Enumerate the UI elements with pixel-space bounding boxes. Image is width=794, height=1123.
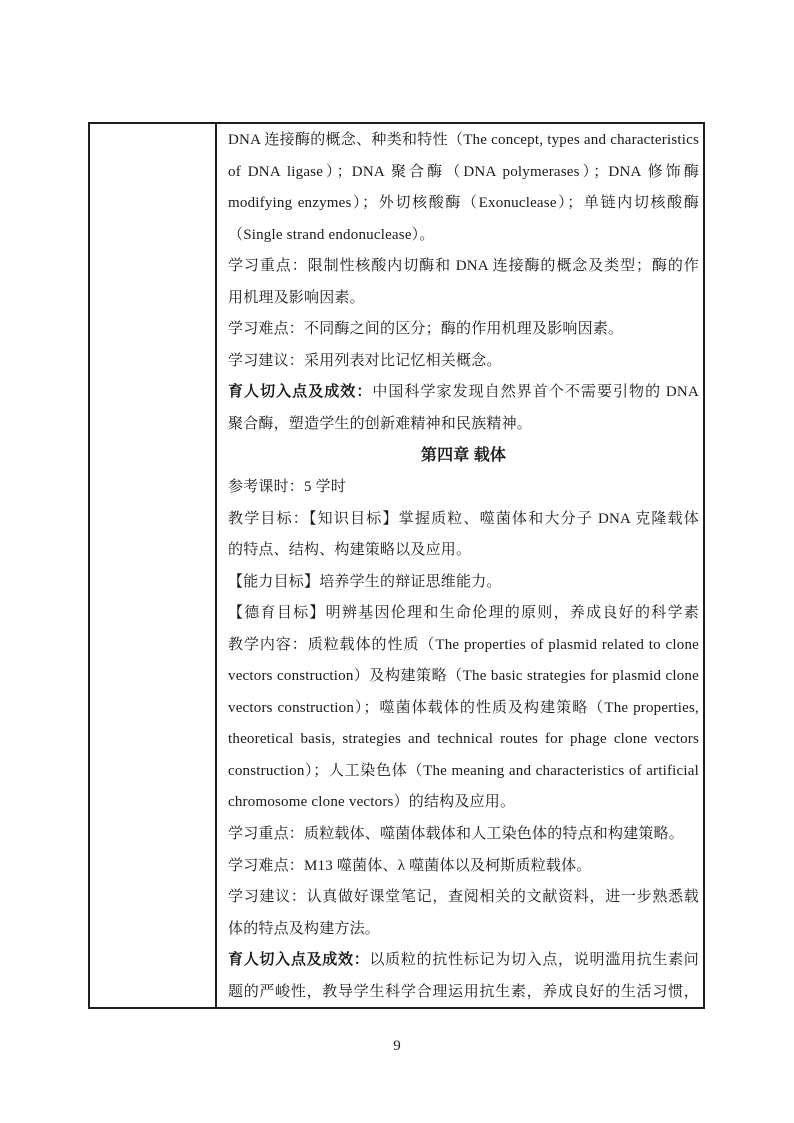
text-line: 聚合酶，塑造学生的创新难精神和民族精神。: [228, 409, 699, 441]
text-line: vectors construction）；噬菌体载体的性质及构建策略（The …: [228, 693, 699, 725]
text-line: 学习重点：限制性核酸内切酶和 DNA 连接酶的概念及类型；酶的作: [228, 251, 699, 283]
text-line: 参考课时：5 学时: [228, 472, 699, 504]
text-line: 学习难点：不同酶之间的区分；酶的作用机理及影响因素。: [228, 314, 699, 346]
text-line: 学习难点：M13 噬菌体、λ 噬菌体以及柯斯质粒载体。: [228, 851, 699, 883]
emphasis-label: 育人切入点及成效：: [228, 384, 372, 400]
text-line: 学习建议：采用列表对比记忆相关概念。: [228, 346, 699, 378]
text-line: vectors construction）及构建策略（The basic str…: [228, 661, 699, 693]
text-line: of DNA ligase）；DNA 聚合酶（DNA polymerases）；…: [228, 157, 699, 189]
text-line: 教学目标：【知识目标】掌握质粒、噬菌体和大分子 DNA 克隆载体: [228, 504, 699, 536]
table-left-cell: [90, 124, 217, 1007]
text-line: 学习建议：认真做好课堂笔记，查阅相关的文献资料，进一步熟悉载: [228, 882, 699, 914]
page-number: 9: [0, 1038, 794, 1055]
text-line: 题的严峻性，教导学生科学合理运用抗生素，养成良好的生活习惯，: [228, 977, 699, 1007]
text-line: 的特点、结构、构建策略以及应用。: [228, 535, 699, 567]
text-line: construction）；人工染色体（The meaning and char…: [228, 756, 699, 788]
text-line: theoretical basis, strategies and techni…: [228, 724, 699, 756]
text-line: 体的特点及构建方法。: [228, 914, 699, 946]
text-line: 【德育目标】明辨基因伦理和生命伦理的原则，养成良好的科学素养。: [228, 598, 699, 630]
text-line: 教学内容：质粒载体的性质（The properties of plasmid r…: [228, 630, 699, 662]
text-line: 学习重点：质粒载体、噬菌体载体和人工染色体的特点和构建策略。: [228, 819, 699, 851]
text-line: 用机理及影响因素。: [228, 283, 699, 315]
text-line: chromosome clone vectors）的结构及应用。: [228, 787, 699, 819]
course-syllabus-table: DNA 连接酶的概念、种类和特性（The concept, types and …: [88, 122, 705, 1009]
chapter-heading: 第四章 载体: [228, 440, 699, 472]
text-line: 【能力目标】培养学生的辩证思维能力。: [228, 567, 699, 599]
table-content-cell: DNA 连接酶的概念、种类和特性（The concept, types and …: [217, 124, 703, 1007]
text-line: DNA 连接酶的概念、种类和特性（The concept, types and …: [228, 125, 699, 157]
text-line: （Single strand endonuclease）。: [228, 220, 699, 252]
document-page: DNA 连接酶的概念、种类和特性（The concept, types and …: [0, 0, 794, 1123]
emphasis-label: 育人切入点及成效：: [228, 952, 369, 968]
text-line: modifying enzymes）；外切核酸酶（Exonuclease）；单链…: [228, 188, 699, 220]
text-line: 育人切入点及成效：中国科学家发现自然界首个不需要引物的 DNA: [228, 377, 699, 409]
text-line: 育人切入点及成效：以质粒的抗性标记为切入点，说明滥用抗生素问: [228, 945, 699, 977]
